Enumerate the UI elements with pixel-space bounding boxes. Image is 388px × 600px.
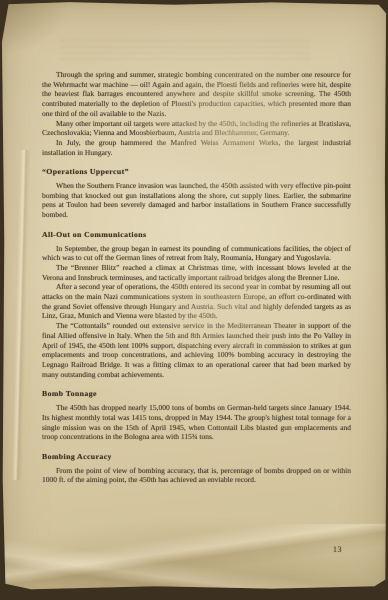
paragraph-second-year: After a second year of operations, the 4… — [42, 282, 351, 321]
paragraph-other-oil-targets: Many other important oil targets were at… — [42, 119, 351, 138]
page-text-block: Through the spring and summer, strategic… — [42, 70, 351, 485]
page-number: 13 — [333, 545, 342, 554]
paragraph-manfred-weiss: In July, the group hammered the Manfred … — [42, 138, 351, 157]
paragraph-brenner-blitz: The “Brenner Blitz” reached a climax at … — [42, 263, 351, 282]
heading-all-out-on-communications: All-Out on Communications — [42, 230, 351, 240]
paragraph-september-pounding: In September, the group began in earnest… — [42, 244, 351, 263]
heading-bomb-tonnage: Bomb Tonnage — [42, 389, 351, 399]
scanned-book-page: { "document": { "page_number": "13", "bo… — [0, 0, 388, 600]
paragraph-southern-france: When the Southern France invasion was la… — [42, 181, 351, 220]
paragraph-cottontails-po-valley: The “Cottontails” rounded out extensive … — [42, 321, 351, 379]
paragraph-bombing-accuracy: From the point of view of bombing accura… — [42, 466, 351, 485]
reverse-side-text-bleed — [60, 40, 310, 62]
paragraph-oil-campaign: Through the spring and summer, strategic… — [42, 70, 351, 119]
heading-bombing-accuracy: Bombing Accuracy — [42, 452, 351, 462]
paragraph-bomb-tonnage: The 450th has dropped nearly 15,000 tons… — [42, 403, 351, 442]
heading-operations-uppercut: “Operations Uppercut” — [42, 167, 351, 177]
